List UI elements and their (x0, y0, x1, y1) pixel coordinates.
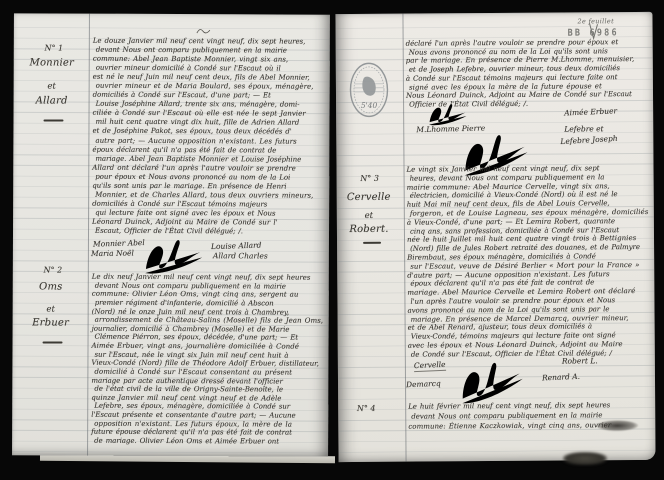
act4-margin-number: N° 4 (346, 404, 386, 413)
act1-margin-name-groom: Monnier (20, 57, 84, 68)
signature-renard: Renard A. (542, 372, 580, 383)
signature-allard-charles: Allard Charles (213, 251, 268, 260)
signature-robert: Robert L. (562, 356, 598, 365)
act3-margin-number: N° 3 (341, 174, 399, 183)
signature-mlhomme-pierre: M.Lhomme Pierre (416, 123, 485, 134)
signature-cervelle: Cervelle (414, 360, 446, 372)
edge-ink-blot (563, 452, 607, 465)
act3-margin-et: et (337, 211, 401, 221)
act2-margin-number: N° 2 (25, 265, 81, 274)
act3-margin-dash (363, 242, 381, 244)
fiscal-stamp-value: 5'40 (361, 101, 378, 110)
ink-scratch-mark (196, 26, 212, 36)
register-right-page: 2e feuillet BB 6986 5'40 déclaré l'un ap… (335, 12, 655, 462)
margin-rule-line (87, 14, 90, 456)
act2-margin-dash (43, 341, 63, 343)
signature-aimee-erbuer: Aimée Erbuer (564, 106, 617, 117)
act3-margin-name-bride: Robert. (337, 224, 401, 235)
act1-body-text: Le douze Janvier mil neuf cent vingt neu… (92, 37, 325, 237)
act2-continuation-text: déclaré l'un après l'autre vouloir se pr… (406, 38, 646, 109)
signature-lefebre-joseph: Lefebre Joseph (560, 134, 618, 146)
scanned-register-spread: N° 1 Monnier et Allard Le douze Janvier … (0, 0, 664, 480)
act3-body-text: Le vingt six Janvier mil neuf cent vingt… (406, 164, 647, 359)
act2-body-text: Le dix neuf Janvier mil neuf cent vingt … (91, 273, 324, 447)
act1-margin-et: et (20, 81, 84, 91)
act3-margin-name-groom: Cervelle (337, 192, 401, 203)
act2-margin-et: et (19, 304, 83, 314)
register-left-page: N° 1 Monnier et Allard Le douze Janvier … (12, 13, 330, 456)
fiscal-stamp-icon: 5'40 (348, 61, 390, 119)
act2-margin-name-groom: Oms (19, 281, 83, 292)
signature-lefebre-et: Lefebre et (564, 124, 603, 133)
signature-demarcq: Demarcq (406, 379, 441, 389)
act1-margin-number: N° 1 (26, 43, 82, 52)
act2-margin-name-bride: Erbuer (19, 317, 83, 328)
act1-margin-name-bride: Allard (20, 95, 84, 106)
act1-margin-dash (43, 119, 63, 121)
